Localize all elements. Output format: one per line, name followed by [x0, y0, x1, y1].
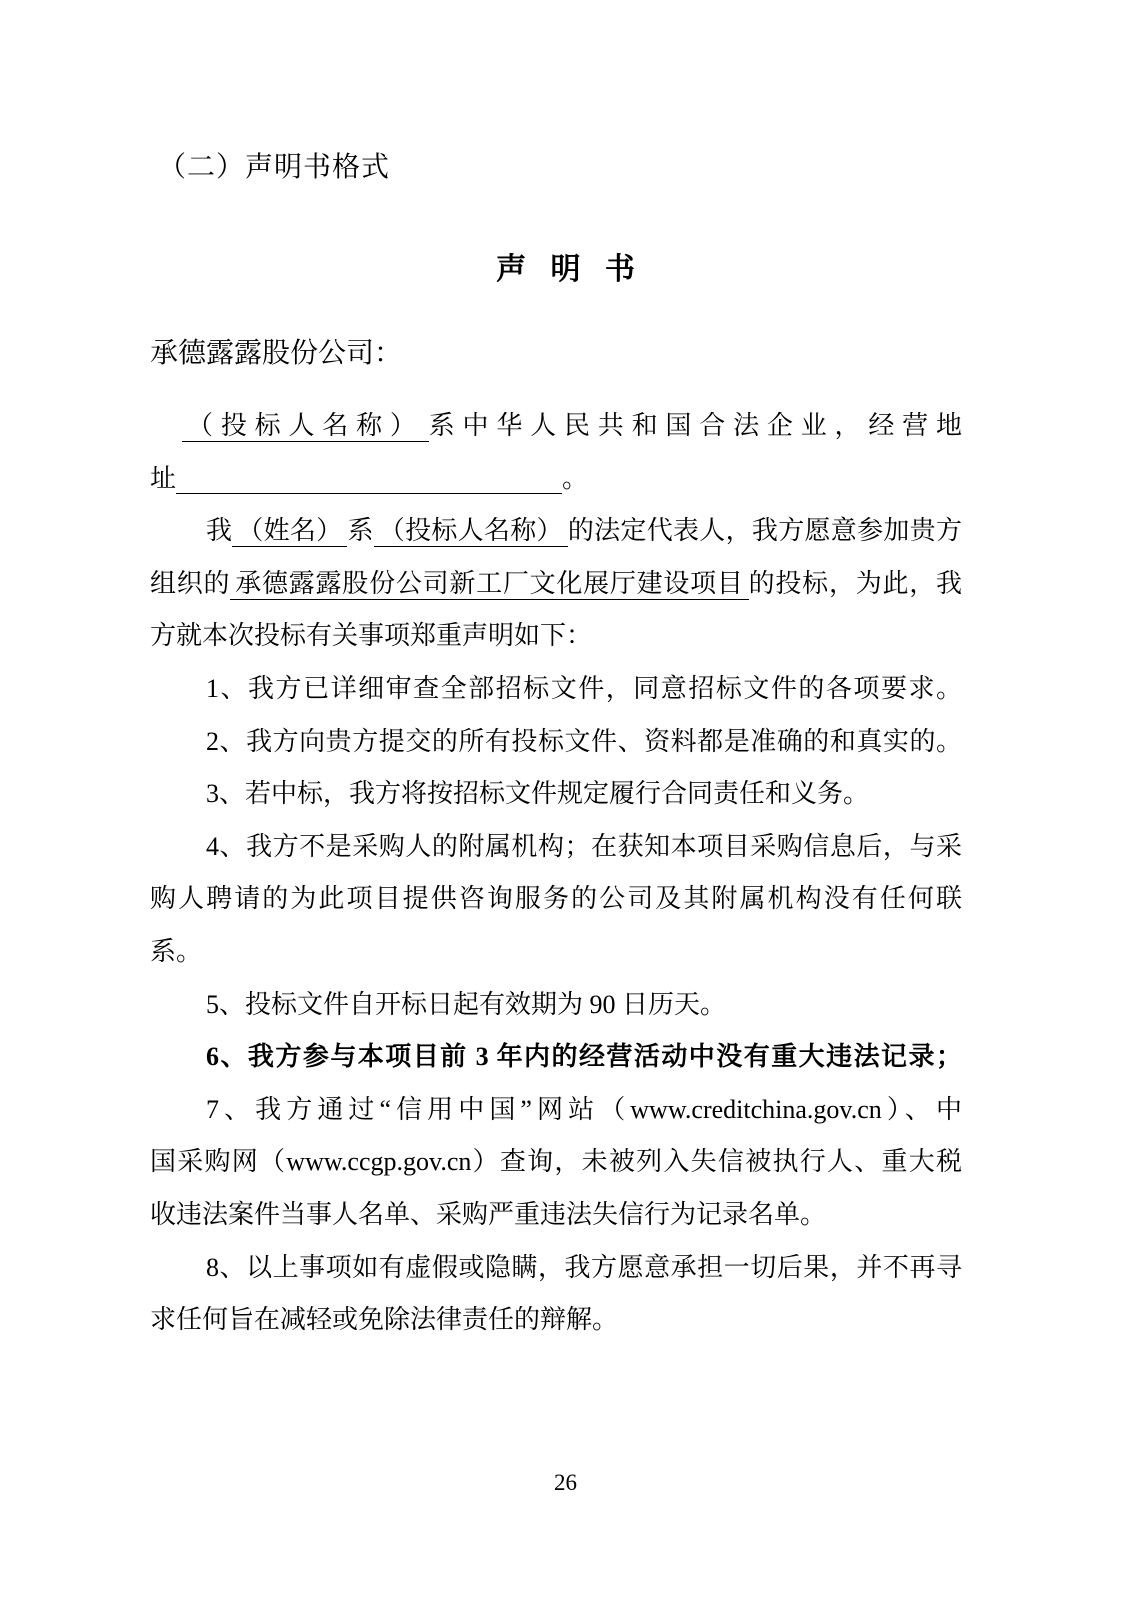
document-body: （投标人名称）系中华人民共和国合法企业，经营地 址。 我（姓名）系（投标人名称）… [150, 400, 962, 1347]
item-7-line-3: 收违法案件当事人名单、采购严重违法失信行为记录名单。 [150, 1189, 962, 1242]
address-prefix: 址 [150, 464, 176, 493]
item-8-line-1: 8、以上事项如有虚假或隐瞒，我方愿意承担一切后果，并不再寻 [150, 1242, 962, 1295]
project-name-underlined: 承德露露股份公司新工厂文化展厅建设项目 [230, 569, 748, 600]
item-2: 2、我方向贵方提交的所有投标文件、资料都是准确的和真实的。 [150, 716, 962, 769]
item-4-line-2: 购人聘请的为此项目提供咨询服务的公司及其附属机构没有任何联 [150, 873, 962, 926]
item-4-line-3: 系。 [150, 926, 962, 979]
declaration-line-3: 方就本次投标有关事项郑重声明如下： [150, 610, 962, 663]
document-page: （二）声明书格式 声 明 书 承德露露股份公司： （投标人名称）系中华人民共和国… [0, 0, 1131, 1600]
item-5: 5、投标文件自开标日起有效期为 90 日历天。 [150, 979, 962, 1032]
declaration-text: 的法定代表人，我方愿意参加贵方 [568, 516, 962, 545]
item-8-line-2: 求任何旨在减轻或免除法律责任的辩解。 [150, 1294, 962, 1347]
section-heading: （二）声明书格式 [158, 151, 390, 185]
opening-line-2: 址。 [150, 453, 962, 506]
declaration-text: 系 [347, 516, 373, 545]
item-7-line-2: 国采购网（www.ccgp.gov.cn）查询，未被列入失信被执行人、重大税 [150, 1136, 962, 1189]
item-6: 6、我方参与本项目前 3 年内的经营活动中没有重大违法记录； [150, 1031, 962, 1084]
item-3: 3、若中标，我方将按招标文件规定履行合同责任和义务。 [150, 768, 962, 821]
doc-title: 声 明 书 [0, 252, 1131, 288]
legal-rep-name-underlined: （姓名） [232, 516, 347, 547]
declaration-line-1: 我（姓名）系（投标人名称）的法定代表人，我方愿意参加贵方 [150, 505, 962, 558]
bidder-name-underlined: （投标人名称） [182, 411, 429, 442]
declaration-line-2: 组织的承德露露股份公司新工厂文化展厅建设项目的投标，为此，我 [150, 558, 962, 611]
bidder-name-underlined: （投标人名称） [374, 516, 568, 547]
address-suffix: 。 [562, 464, 588, 493]
declaration-text: 我 [206, 516, 232, 545]
address-blank-line [176, 493, 562, 494]
item-1: 1、我方已详细审查全部招标文件，同意招标文件的各项要求。 [150, 663, 962, 716]
page-number: 26 [0, 1468, 1131, 1498]
declaration-text: 组织的 [150, 569, 230, 598]
item-4-line-1: 4、我方不是采购人的附属机构；在获知本项目采购信息后，与采 [150, 821, 962, 874]
item-7-line-1: 7、我方通过“信用中国”网站（www.creditchina.gov.cn）、中 [150, 1084, 962, 1137]
declaration-text: 的投标，为此，我 [749, 569, 962, 598]
addressee-line: 承德露露股份公司： [150, 334, 402, 374]
opening-line-1: （投标人名称）系中华人民共和国合法企业，经营地 [150, 400, 962, 453]
opening-line-1-text: 系中华人民共和国合法企业，经营地 [429, 411, 962, 440]
